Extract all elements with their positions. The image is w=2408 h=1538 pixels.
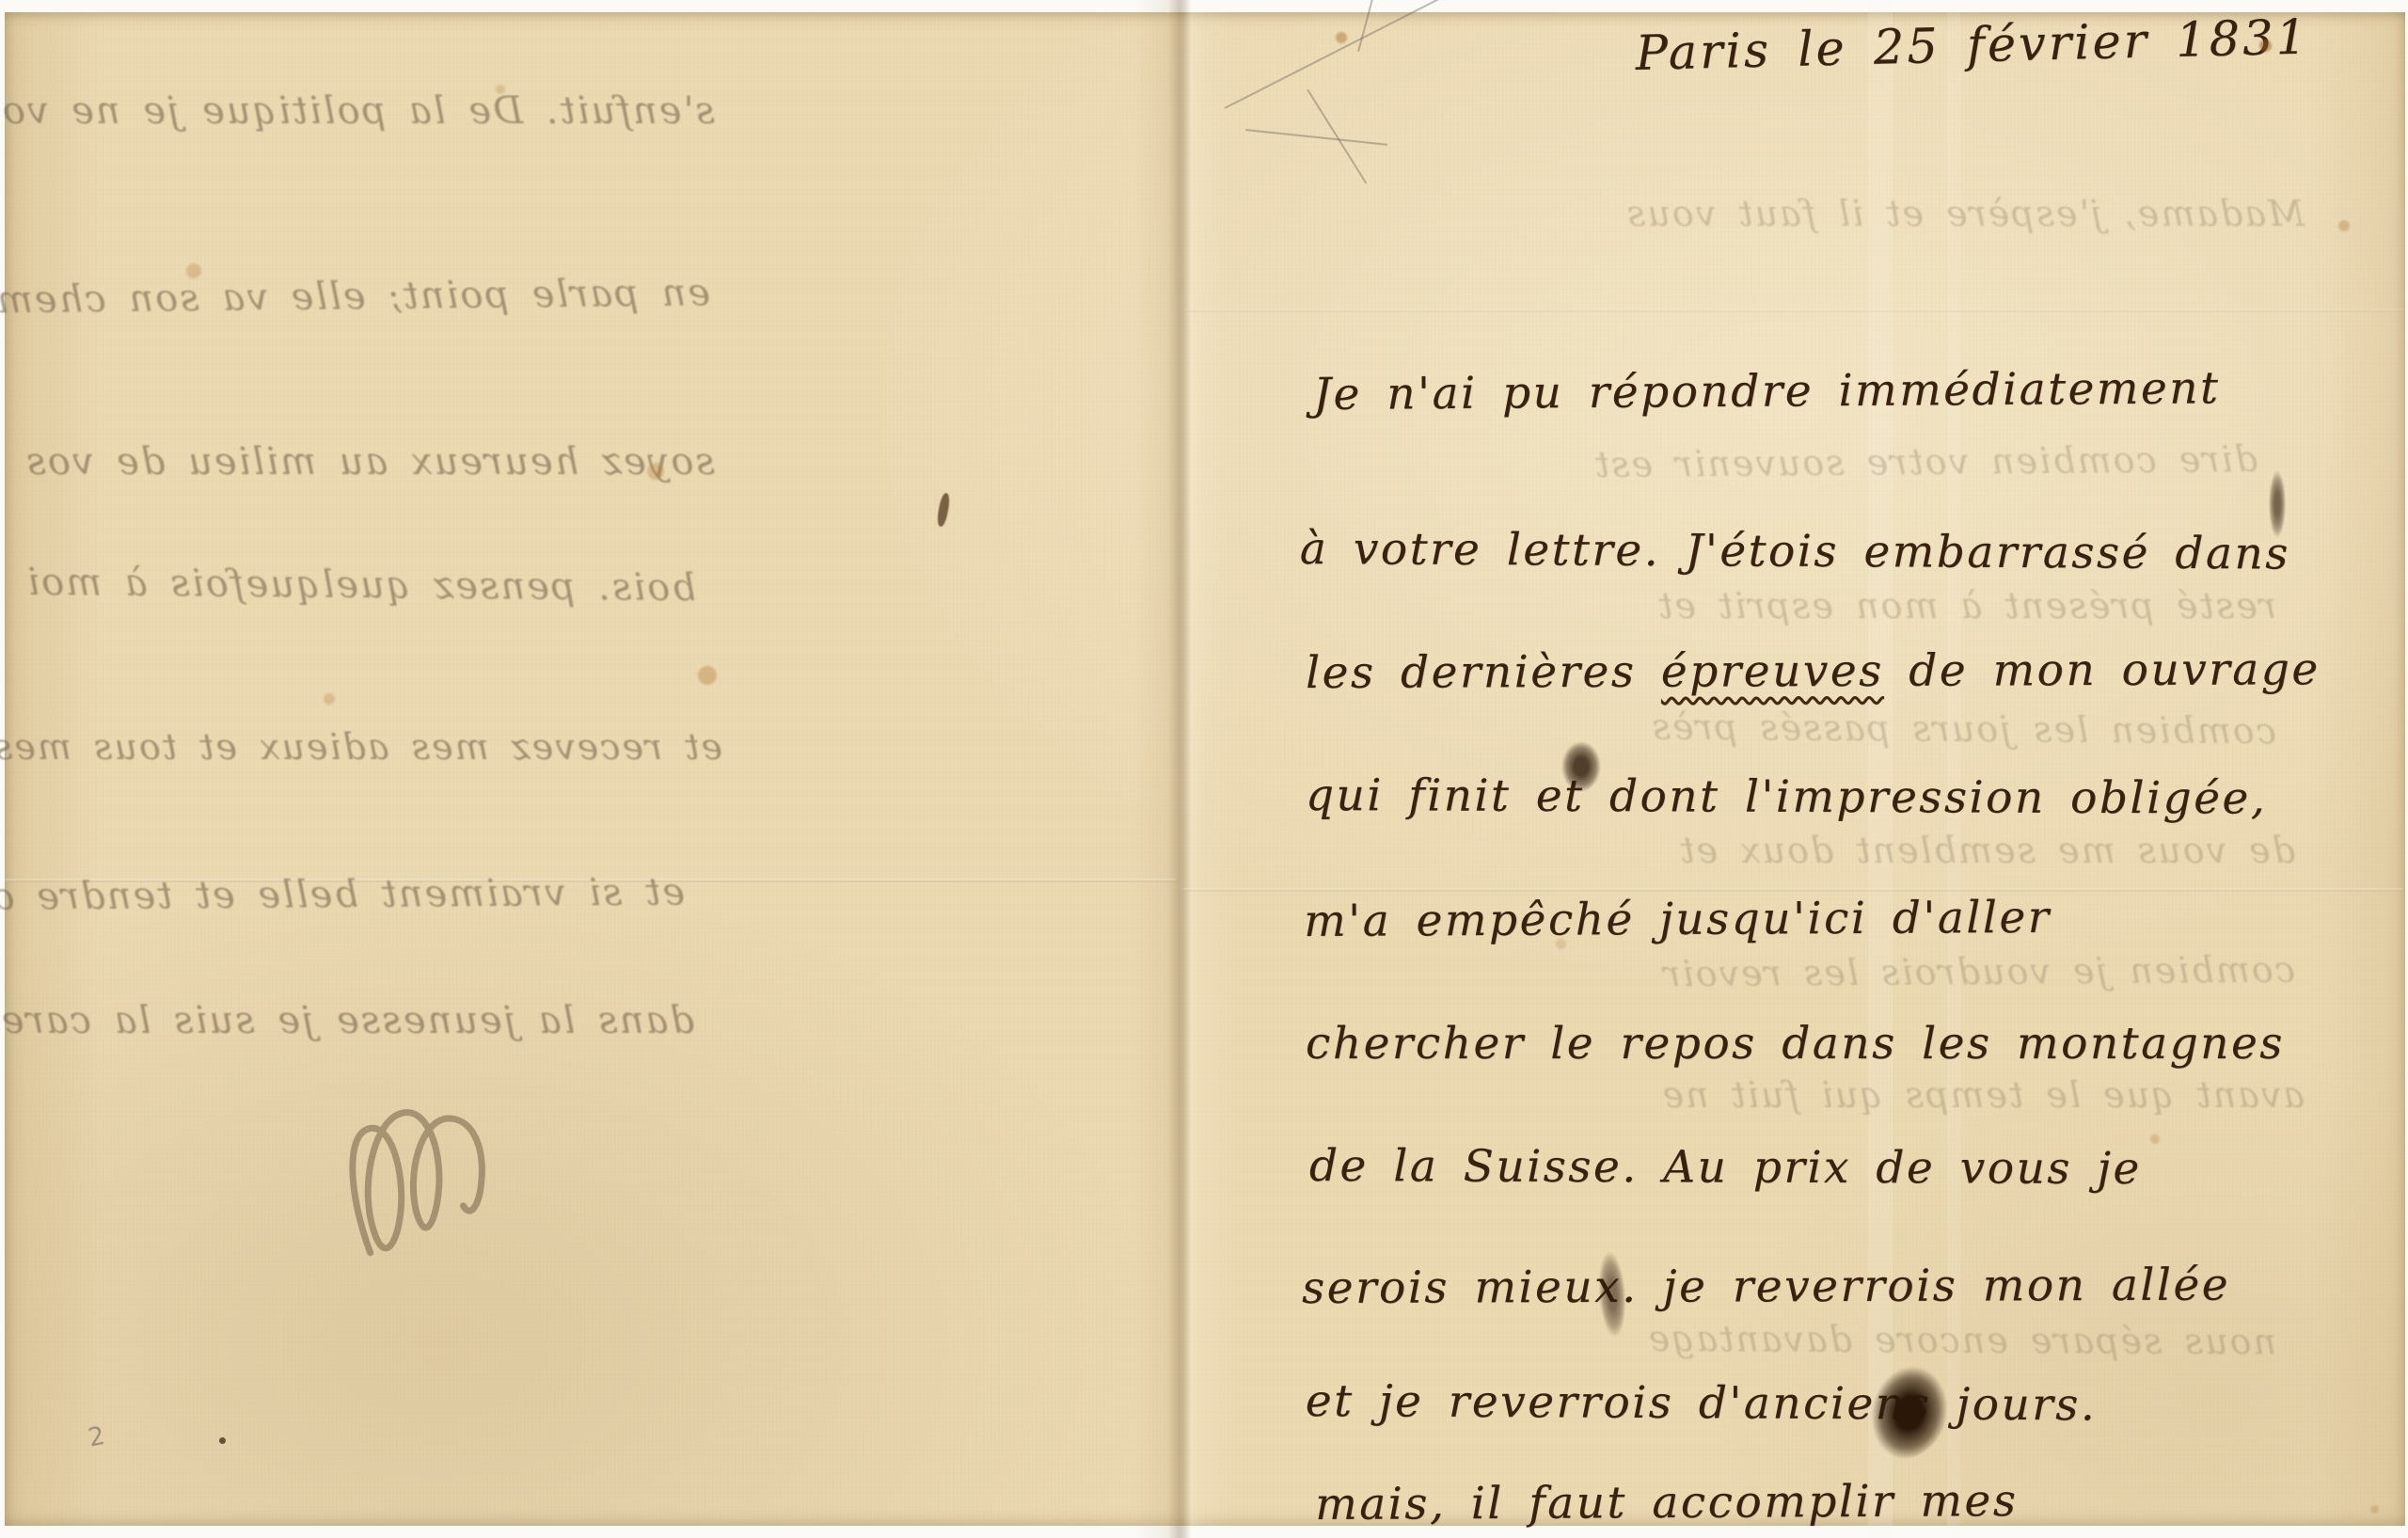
foxing-spot (2150, 1134, 2160, 1144)
foxing-spot (2338, 220, 2350, 231)
letter-scan: s'enfuit. De la politique je ne vous en … (0, 0, 2408, 1538)
letter-line: de la Suisse. Au prix de vous je (1309, 1140, 2142, 1195)
letter-line: chercher le repos dans les montagnes (1306, 1018, 2285, 1070)
signature-flourish-showthrough (320, 1016, 574, 1285)
foxing-spot (186, 263, 201, 278)
foxing-spot (698, 666, 717, 685)
bleedthrough-line: et recevez mes adieux et tous mes hommag… (26, 726, 722, 768)
letter-line: qui finit et dont l'impression obligée, (1306, 769, 2267, 825)
bleedthrough-line: nous sépare encore davantage (1402, 1317, 2276, 1363)
foxing-spot (324, 693, 335, 705)
letter-line: Je n'ai pu répondre immédiatement (1313, 362, 2221, 420)
bleedthrough-line: s'enfuit. De la politique je ne vous (38, 89, 715, 133)
letter-line: m'a empêché jusqu'ici d'aller (1304, 892, 2052, 947)
letter-line: les dernières épreuves de mon ouvrage (1306, 643, 2321, 699)
pencil-scribble-mark (1215, 21, 1488, 185)
foxing-spot (2370, 1505, 2379, 1514)
letter-line: serois mieux. je reverrois mon allée (1302, 1260, 2230, 1314)
underlined-word: épreuves (1661, 645, 1884, 698)
bleedthrough-line: de vous me semblent doux et (1449, 830, 2295, 871)
letter-line: et je reverrois d'anciens jours. (1306, 1375, 2098, 1431)
foxing-spot (496, 85, 505, 94)
letter-line: mais, il faut accomplir mes (1315, 1475, 2019, 1530)
bleedthrough-line: en parle point; elle va son chemin. (52, 271, 710, 321)
bleedthrough-line: avant que le temps qui fuit ne (1439, 1074, 2305, 1116)
foxing-spot (647, 463, 664, 480)
bleedthrough-line: dans la jeunesse je suis la caresse (55, 999, 694, 1042)
bleedthrough-line: Madame, j'espère et il faut vous (1411, 193, 2305, 234)
bleedthrough-line: combien je voudrois les revoir (1411, 949, 2295, 997)
bleedthrough-line: combien les jours passés près (1392, 705, 2276, 753)
bleedthrough-line: resté présent à mon esprit et (1430, 585, 2276, 626)
letter-line: à votre lettre. J'étois embarrassé dans (1300, 523, 2290, 580)
bleedthrough-line: dire combien votre souvenir est (1383, 438, 2257, 487)
bleedthrough-line: et si vraiment belle et tendre de la (45, 871, 685, 919)
letter-line-segment: de mon ouvrage (1884, 643, 2321, 697)
foxing-spot (2259, 40, 2272, 52)
horizontal-fold-crease-right (1183, 888, 2403, 892)
letter-line-segment: les dernières (1306, 646, 1661, 699)
horizontal-fold-crease-right-upper (1183, 309, 2403, 312)
foxing-spot (1336, 32, 1347, 43)
ink-speck (219, 1437, 226, 1444)
foxing-spot (1556, 939, 1566, 949)
bleedthrough-line: bois. pensez quelquefois à moi (221, 563, 696, 610)
center-fold-crease (1134, 0, 1232, 1538)
bleedthrough-line: soyez heureux au milieu de vos (235, 440, 715, 484)
